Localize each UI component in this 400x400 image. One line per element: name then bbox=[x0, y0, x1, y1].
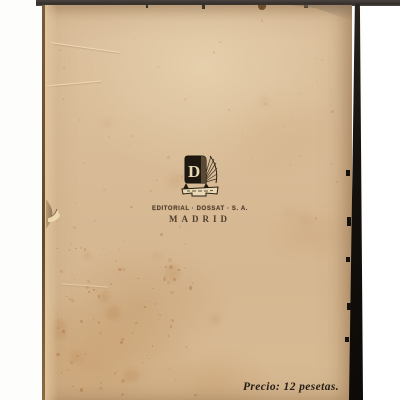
foxing-spot bbox=[93, 319, 94, 320]
foxing-spot bbox=[213, 51, 216, 54]
foxing-spot bbox=[261, 19, 263, 21]
foxing-spot bbox=[72, 386, 73, 387]
foxing-spot bbox=[154, 303, 156, 305]
foxing-spot bbox=[336, 181, 338, 183]
foxing-spot bbox=[70, 243, 72, 245]
foxing-spot bbox=[105, 301, 106, 303]
foxing-spot bbox=[73, 226, 76, 229]
foxing-spot bbox=[135, 322, 137, 324]
foxing-spot bbox=[146, 355, 147, 356]
torn-edge-notch bbox=[146, 5, 148, 8]
foxing-spot bbox=[80, 247, 82, 249]
logo-letter: D bbox=[188, 162, 200, 181]
foxing-spot bbox=[321, 59, 322, 60]
foxing-spot bbox=[134, 38, 136, 40]
foxing-spot bbox=[117, 273, 118, 274]
publisher-imprint: D EDITORIAL · DOSSAT · S. A. MADRID bbox=[120, 153, 280, 224]
foxing-spot bbox=[185, 243, 187, 245]
foxing-spot bbox=[167, 281, 169, 283]
foxing-spot bbox=[84, 248, 86, 250]
foxing-spot bbox=[299, 213, 312, 226]
foxing-spot bbox=[70, 361, 73, 364]
foxing-spot bbox=[148, 358, 150, 360]
foxing-spot bbox=[62, 330, 65, 333]
foxing-spot bbox=[74, 279, 75, 280]
foxing-spot bbox=[169, 265, 172, 269]
foxing-spot bbox=[85, 353, 87, 355]
foxing-spot bbox=[241, 41, 242, 42]
foxing-spot bbox=[90, 66, 91, 68]
foxing-spot bbox=[106, 306, 121, 320]
foxing-spot bbox=[211, 314, 220, 325]
tape-mark bbox=[346, 170, 350, 176]
foxing-spot bbox=[114, 372, 117, 374]
tape-mark bbox=[345, 337, 349, 342]
foxing-spot bbox=[171, 319, 174, 322]
foxing-spot bbox=[247, 68, 248, 69]
corner-shadow bbox=[292, 5, 352, 21]
foxing-spot bbox=[219, 41, 222, 43]
foxing-spot bbox=[82, 129, 83, 130]
publisher-logo-icon: D bbox=[179, 153, 221, 199]
foxing-spot bbox=[97, 289, 99, 291]
foxing-spot bbox=[120, 341, 123, 344]
foxing-spot bbox=[131, 135, 133, 138]
spine-highlight bbox=[45, 5, 61, 400]
foxing-spot bbox=[84, 252, 90, 259]
foxing-spot bbox=[185, 230, 186, 231]
torn-edge-notch bbox=[202, 5, 205, 9]
foxing-spot bbox=[236, 86, 237, 87]
foxing-spot bbox=[166, 265, 180, 280]
foxing-spot bbox=[144, 306, 146, 308]
foxing-spot bbox=[75, 202, 77, 204]
foxing-spot bbox=[100, 382, 102, 384]
foxing-spot bbox=[228, 109, 230, 110]
foxing-spot bbox=[103, 188, 106, 190]
scan-margin bbox=[363, 6, 400, 400]
foxing-spot bbox=[178, 269, 179, 270]
foxing-spot bbox=[93, 289, 95, 290]
foxing-spot bbox=[173, 278, 176, 281]
tape-mark bbox=[346, 257, 350, 262]
torn-edge-notch bbox=[258, 5, 266, 10]
foxing-spot bbox=[284, 208, 295, 218]
foxing-spot bbox=[98, 321, 101, 324]
price-label: Precio: 12 pesetas. bbox=[243, 381, 339, 393]
foxing-spot bbox=[292, 116, 293, 117]
tape-mark bbox=[347, 217, 351, 226]
foxing-spot bbox=[88, 161, 89, 162]
foxing-spot bbox=[88, 291, 90, 293]
foxing-spot bbox=[284, 126, 285, 128]
foxing-spot bbox=[316, 81, 318, 83]
foxing-spot bbox=[168, 335, 170, 337]
foxing-spot bbox=[242, 133, 243, 135]
foxing-spot bbox=[124, 369, 139, 382]
foxing-spot bbox=[94, 220, 97, 222]
foxing-spot bbox=[163, 278, 166, 282]
foxing-spot bbox=[70, 351, 82, 363]
foxing-spot bbox=[102, 111, 103, 112]
foxing-spot bbox=[149, 301, 151, 303]
foxing-spot bbox=[77, 355, 79, 357]
foxing-spot bbox=[80, 388, 83, 391]
foxing-spot bbox=[153, 252, 161, 259]
foxing-spot bbox=[170, 325, 173, 328]
foxing-spot bbox=[152, 288, 154, 290]
publisher-city: MADRID bbox=[120, 214, 280, 224]
foxing-spot bbox=[119, 249, 120, 250]
foxing-spot bbox=[103, 119, 112, 127]
foxing-spot bbox=[80, 320, 83, 323]
foxing-spot bbox=[79, 119, 81, 121]
foxing-spot bbox=[108, 136, 110, 138]
foxing-spot bbox=[158, 319, 159, 320]
foxing-spot bbox=[123, 268, 126, 271]
foxing-spot bbox=[86, 286, 89, 289]
foxing-spot bbox=[71, 299, 74, 302]
foxing-spot bbox=[194, 394, 197, 396]
foxing-spot bbox=[75, 248, 77, 249]
publisher-name: EDITORIAL · DOSSAT · S. A. bbox=[120, 206, 280, 212]
foxing-spot bbox=[179, 226, 180, 227]
foxing-spot bbox=[121, 338, 124, 340]
foxing-spot bbox=[281, 135, 282, 136]
foxing-spot bbox=[79, 214, 81, 215]
foxing-spot bbox=[314, 58, 315, 59]
foxing-spot bbox=[259, 96, 270, 107]
foxing-spot bbox=[264, 103, 266, 105]
foxing-spot bbox=[290, 164, 291, 165]
foxing-spot bbox=[157, 66, 159, 68]
foxing-spot bbox=[83, 162, 85, 164]
book-scan: D EDITORIAL · DOSSAT · S. A. MADRID Prec… bbox=[0, 0, 400, 400]
foxing-spot bbox=[169, 368, 171, 370]
foxing-spot bbox=[104, 291, 106, 292]
foxing-spot bbox=[110, 283, 112, 285]
foxing-spot bbox=[103, 248, 105, 250]
foxing-spot bbox=[121, 379, 124, 383]
foxing-spot bbox=[192, 282, 193, 283]
foxing-spot bbox=[330, 163, 333, 165]
foxing-spot bbox=[185, 346, 187, 349]
foxing-spot bbox=[306, 87, 307, 88]
foxing-spot bbox=[143, 362, 144, 363]
foxing-spot bbox=[67, 369, 69, 371]
foxing-spot bbox=[99, 387, 103, 390]
foxing-spot bbox=[184, 98, 187, 101]
foxing-spot bbox=[137, 278, 139, 279]
foxing-spot bbox=[66, 296, 68, 298]
foxing-spot bbox=[189, 286, 193, 289]
foxing-spot bbox=[98, 394, 99, 395]
foxing-spot bbox=[87, 280, 90, 282]
foxing-spot bbox=[168, 258, 171, 262]
foxing-spot bbox=[99, 332, 102, 335]
foxing-spot bbox=[165, 266, 167, 268]
foxing-spot bbox=[331, 110, 334, 113]
foxing-spot bbox=[170, 291, 174, 294]
foxing-spot bbox=[63, 98, 64, 99]
foxing-spot bbox=[118, 268, 121, 272]
foxing-spot bbox=[115, 260, 117, 262]
foxing-spot bbox=[98, 295, 101, 297]
foxing-spot bbox=[160, 233, 163, 236]
foxing-spot bbox=[131, 332, 134, 334]
foxing-spot bbox=[121, 393, 124, 396]
foxing-spot bbox=[69, 298, 72, 300]
foxing-spot bbox=[299, 92, 301, 94]
foxing-spot bbox=[99, 291, 109, 301]
foxing-spot bbox=[175, 379, 177, 380]
foxing-spot bbox=[184, 268, 185, 269]
foxing-spot bbox=[299, 155, 300, 157]
foxing-spot bbox=[124, 240, 125, 241]
foxing-spot bbox=[315, 217, 317, 220]
foxing-spot bbox=[164, 276, 166, 278]
foxing-spot bbox=[69, 249, 70, 251]
foxing-spot bbox=[330, 90, 332, 92]
foxing-spot bbox=[128, 145, 129, 147]
foxing-spot bbox=[117, 22, 119, 24]
foxing-spot bbox=[63, 67, 65, 69]
paper-crease bbox=[62, 283, 108, 287]
foxing-spot bbox=[159, 314, 161, 316]
foxing-spot bbox=[152, 345, 153, 346]
